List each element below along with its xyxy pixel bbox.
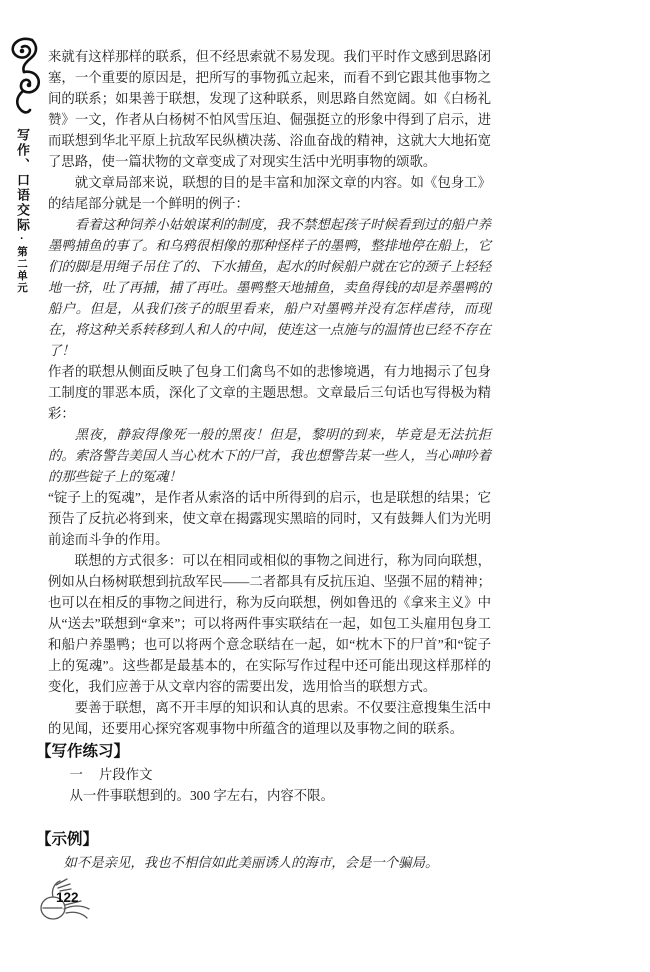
quoted-passage: 黑夜，静寂得像死一般的黑夜！但是，黎明的到来，毕竟是无法抗拒的。索洛警告美国人当… bbox=[48, 424, 491, 487]
sidebar-unit-label: 第二单元 bbox=[16, 246, 28, 294]
quoted-passage: 看着这种饲养小姑娘谋利的制度，我不禁想起孩子时候看到过的船户养墨鸭捕鱼的事了。和… bbox=[48, 214, 491, 361]
practice-item-description: 从一件事联想到的。300 字左右，内容不限。 bbox=[48, 785, 491, 806]
page-number: 122 bbox=[56, 890, 79, 905]
body-paragraph: 来就有这样那样的联系，但不经思索就不易发现。我们平时作文感到思路闭塞，一个重要的… bbox=[48, 46, 491, 172]
sidebar-section-label: 写作、口语交际·第二单元 bbox=[13, 128, 32, 294]
body-paragraph: 要善于联想，离不开丰厚的知识和认真的思索。不仅要注意搜集生活中的见闻，还要用心探… bbox=[48, 697, 491, 739]
body-paragraph: “锭子上的冤魂”，是作者从索洛的话中所得到的启示，也是联想的结果；它预告了反抗必… bbox=[48, 487, 491, 550]
textbook-page: 写作、口语交际·第二单元 来就有这样那样的联系，但不经思索就不易发现。我们平时作… bbox=[0, 0, 650, 972]
writing-practice-section: 【写作练习】 一片段作文 从一件事联想到的。300 字左右，内容不限。 bbox=[48, 742, 491, 806]
body-paragraph: 联想的方式很多：可以在相同或相似的事物之间进行，称为同向联想，例如从白杨树联想到… bbox=[48, 550, 491, 697]
page-footer: 122 bbox=[36, 874, 106, 928]
main-text-column: 来就有这样那样的联系，但不经思索就不易发现。我们平时作文感到思路闭塞，一个重要的… bbox=[48, 46, 491, 739]
sidebar-course-label: 写作、口语交际 bbox=[15, 128, 30, 233]
practice-item-number: 一 bbox=[69, 767, 82, 782]
example-section: 【示例】 如不是亲见，我也不相信如此美丽诱人的海市，会是一个骗局。 bbox=[48, 830, 491, 873]
example-heading: 【示例】 bbox=[36, 830, 491, 850]
practice-heading: 【写作练习】 bbox=[36, 742, 491, 762]
body-paragraph: 就文章局部来说，联想的目的是丰富和加深文章的内容。如《包身工》的结尾部分就是一个… bbox=[48, 172, 491, 214]
example-quote: 如不是亲见，我也不相信如此美丽诱人的海市，会是一个骗局。 bbox=[48, 852, 491, 873]
sidebar-separator: · bbox=[16, 233, 28, 246]
practice-item: 一片段作文 bbox=[48, 764, 491, 785]
practice-item-title: 片段作文 bbox=[99, 767, 153, 782]
floral-scroll-ornament-icon bbox=[8, 36, 44, 119]
body-paragraph: 作者的联想从侧面反映了包身工们禽鸟不如的悲惨境遇，有力地揭示了包身工制度的罪恶本… bbox=[48, 361, 491, 424]
